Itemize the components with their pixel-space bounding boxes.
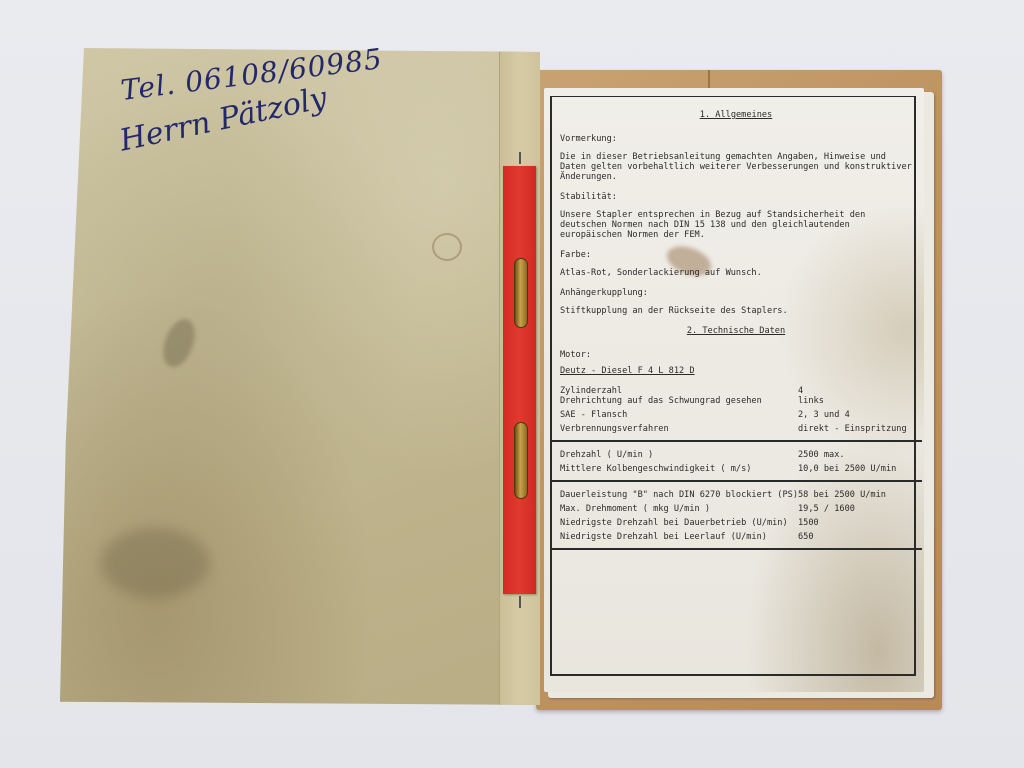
fastener-pin-icon: [519, 152, 521, 164]
spec-row: Niedrigste Drehzahl bei Leerlauf (U/min)…: [560, 532, 912, 542]
divider: [550, 440, 922, 442]
brass-prong-icon: [514, 422, 528, 499]
motor-model: Deutz - Diesel F 4 L 812 D: [560, 366, 912, 376]
section-title: 2. Technische Daten: [560, 326, 912, 336]
spec-group-2: Drehzahl ( U/min )2500 max. Mittlere Kol…: [560, 450, 912, 474]
vormerkung-text: Die in dieser Betriebsanleitung gemachte…: [560, 152, 912, 182]
kupplung-label: Anhängerkupplung:: [560, 288, 912, 298]
spec-row: Max. Drehmoment ( mkg U/min )19,5 / 1600: [560, 504, 912, 514]
ring-stain: [432, 233, 462, 261]
dirt-smudge: [157, 315, 200, 372]
spec-sheet: 1. Allgemeines Vormerkung: Die in dieser…: [544, 88, 924, 692]
spec-row: Dauerleistung "B" nach DIN 6270 blockier…: [560, 490, 912, 500]
spec-group-3: Dauerleistung "B" nach DIN 6270 blockier…: [560, 490, 912, 542]
spec-row: Niedrigste Drehzahl bei Dauerbetrieb (U/…: [560, 518, 912, 528]
red-fastener-strip: [503, 166, 536, 594]
farbe-label: Farbe:: [560, 250, 912, 260]
spec-row: Drehrichtung auf das Schwungrad gesehenl…: [560, 396, 912, 406]
brass-prong-icon: [514, 258, 528, 328]
vormerkung-label: Vormerkung:: [560, 134, 912, 144]
stabilitaet-label: Stabilität:: [560, 192, 912, 202]
kupplung-text: Stiftkupplung an der Rückseite des Stapl…: [560, 306, 912, 316]
divider: [550, 548, 922, 550]
spec-row: Verbrennungsverfahrendirekt - Einspritzu…: [560, 424, 912, 434]
section-title: 1. Allgemeines: [560, 110, 912, 120]
sheet-content: 1. Allgemeines Vormerkung: Die in dieser…: [560, 106, 912, 558]
spec-group-1: Zylinderzahl4 Drehrichtung auf das Schwu…: [560, 386, 912, 434]
divider: [550, 480, 922, 482]
spec-row: Zylinderzahl4: [560, 386, 912, 396]
spec-row: Drehzahl ( U/min )2500 max.: [560, 450, 912, 460]
spec-row: SAE - Flansch2, 3 und 4: [560, 410, 912, 420]
water-stain: [100, 528, 210, 598]
spec-row: Mittlere Kolbengeschwindigkeit ( m/s)10,…: [560, 464, 912, 474]
motor-label: Motor:: [560, 350, 912, 360]
farbe-text: Atlas-Rot, Sonderlackierung auf Wunsch.: [560, 268, 912, 278]
stabilitaet-text: Unsere Stapler entsprechen in Bezug auf …: [560, 210, 912, 240]
photo-scene: Tel. 06108/60985 Herrn Pätzoly 1. Allgem…: [0, 0, 1024, 768]
fastener-pin-icon: [519, 596, 521, 608]
